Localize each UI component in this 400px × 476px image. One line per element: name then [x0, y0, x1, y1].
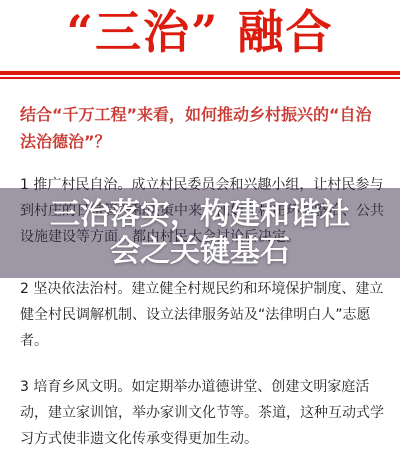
page-title: “三治” 融合 [0, 6, 400, 58]
paragraph-line: 健全村民调解机制、设立法律服务站及“法律明白人”志愿 [20, 302, 386, 328]
watermark-text-line: 会之关键基石 [110, 233, 290, 270]
paragraph-line: 2 坚决依法治村。建立健全村规民约和环境保护制度、建立 [20, 276, 386, 302]
watermark-overlay: 三治落实，构建和谐社 会之关键基石 [0, 188, 400, 278]
paragraph-line: 动，建立家训馆，举办家训文化节等。茶道，这种互动式学 [20, 400, 386, 426]
paragraph-3: 3 培育乡风文明。如定期举办道德讲堂、创建文明家庭活 动，建立家训馆，举办家训文… [20, 374, 386, 452]
watermark-text-line: 三治落实，构建和谐社 [50, 196, 350, 233]
question-line: 结合“千万工程”来看，如何推动乡村振兴的“自治 [20, 101, 384, 128]
question-heading: 结合“千万工程”来看，如何推动乡村振兴的“自治 法治德治”？ [20, 101, 384, 155]
title-divider [0, 71, 400, 79]
paragraph-line: 习方式使非遗文化传承变得更加生动。 [20, 426, 386, 452]
paragraph-2: 2 坚决依法治村。建立健全村规民约和环境保护制度、建立 健全村民调解机制、设立法… [20, 276, 386, 354]
paragraph-line: 3 培育乡风文明。如定期举办道德讲堂、创建文明家庭活 [20, 374, 386, 400]
question-line: 法治德治”？ [20, 128, 384, 155]
paragraph-line: 者。 [20, 328, 386, 354]
divider-rule-thin [0, 77, 400, 80]
